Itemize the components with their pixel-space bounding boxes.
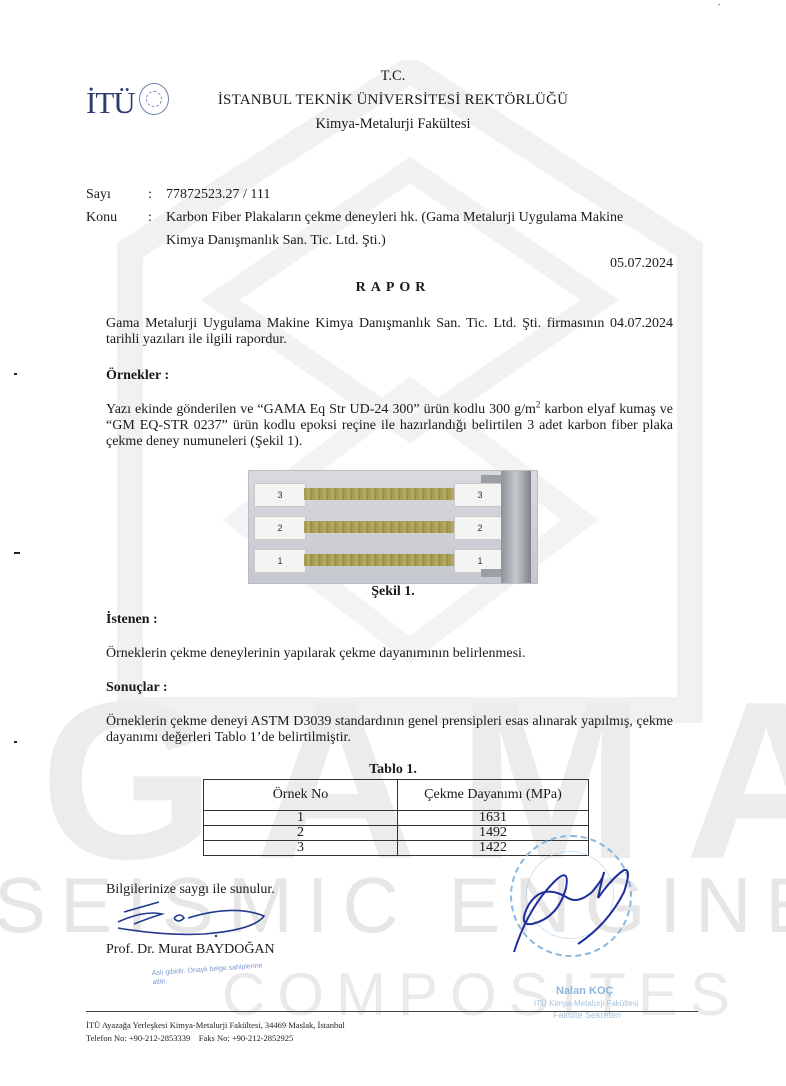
cell-sample-no: 2	[204, 826, 398, 841]
specimen-3: 3 3	[254, 483, 502, 505]
sonuclar-paragraph: Örneklerin çekme deneyi ASTM D3039 stand…	[106, 714, 673, 746]
istenen-paragraph: Örneklerin çekme deneylerinin yapılarak …	[106, 646, 673, 662]
konu-value-line1: Karbon Fiber Plakaların çekme deneyleri …	[166, 210, 623, 226]
heading-sonuclar: Sonuçlar :	[106, 680, 168, 696]
footer-fax: Faks No: +90-212-2852925	[199, 1033, 294, 1043]
carbon-strip	[304, 521, 454, 533]
footer-address: İTÜ Ayazağa Yerleşkesi Kimya-Metalurji F…	[86, 1020, 345, 1030]
specimen-tab-right: 3	[454, 483, 506, 507]
column-header-sample: Örnek No	[204, 780, 398, 811]
secretary-name: Nalan KOÇ	[556, 985, 613, 997]
watermark-composites: COMPOSITES	[222, 965, 742, 1025]
table-header-row: Örnek No Çekme Dayanımı (MPa)	[204, 780, 589, 811]
carbon-strip	[304, 554, 454, 566]
carbon-strip	[304, 488, 454, 500]
specimen-photo: 3 3 2 2 1 1	[248, 470, 538, 584]
konu-colon: :	[148, 210, 152, 226]
table-caption: Tablo 1.	[0, 762, 786, 778]
cell-sample-no: 3	[204, 841, 398, 856]
column-header-strength: Çekme Dayanımı (MPa)	[398, 780, 589, 811]
sayi-colon: :	[148, 187, 152, 203]
specimen-tab-right: 2	[454, 516, 506, 540]
signer-name: Prof. Dr. Murat BAYDOĞAN	[106, 942, 275, 958]
footer-divider	[86, 1011, 698, 1012]
scan-mark	[14, 373, 17, 375]
signature-baydogan	[104, 884, 284, 944]
caliper	[501, 471, 531, 583]
ornekler-text-part1: Yazı ekinde gönderilen ve “GAMA Eq Str U…	[106, 402, 536, 417]
table-row: 2 1492	[204, 826, 589, 841]
ornekler-paragraph: Yazı ekinde gönderilen ve “GAMA Eq Str U…	[106, 402, 673, 450]
heading-ornekler: Örnekler :	[106, 368, 169, 384]
scan-mark	[14, 741, 17, 743]
results-table: Örnek No Çekme Dayanımı (MPa) 1 1631 2 1…	[203, 779, 589, 856]
specimen-tab-left: 3	[254, 483, 306, 507]
specimen-2: 2 2	[254, 516, 502, 538]
signature-secretary	[508, 848, 648, 968]
specimen-1: 1 1	[254, 549, 502, 571]
konu-value-line2: Kimya Danışmanlık San. Tic. Ltd. Şti.)	[166, 233, 386, 249]
cell-sample-no: 1	[204, 811, 398, 826]
secretary-faculty: İTÜ Kimya-Metalurji Fakültesi	[534, 999, 638, 1008]
sayi-label: Sayı	[86, 187, 111, 203]
document-date: 05.07.2024	[610, 256, 673, 272]
heading-istenen: İstenen :	[106, 612, 158, 628]
figure-caption: Şekil 1.	[0, 584, 786, 600]
scan-mark	[718, 4, 720, 5]
footer-contact: Telefon No: +90-212-2853339 Faks No: +90…	[86, 1033, 293, 1043]
table-row: 1 1631	[204, 811, 589, 826]
konu-label: Konu	[86, 210, 117, 226]
specimen-tab-left: 2	[254, 516, 306, 540]
cell-strength: 1631	[398, 811, 589, 826]
scan-mark	[14, 552, 20, 554]
intro-paragraph: Gama Metalurji Uygulama Makine Kimya Dan…	[106, 316, 673, 348]
specimen-tab-left: 1	[254, 549, 306, 573]
header-university: İSTANBUL TEKNİK ÜNİVERSİTESİ REKTÖRLÜĞÜ	[0, 92, 786, 109]
footer-phone: Telefon No: +90-212-2853339	[86, 1033, 190, 1043]
report-title: RAPOR	[0, 280, 786, 296]
sayi-value: 77872523.27 / 111	[166, 187, 270, 203]
header-faculty: Kimya-Metalurji Fakültesi	[0, 116, 786, 133]
header-tc: T.C.	[0, 68, 786, 85]
